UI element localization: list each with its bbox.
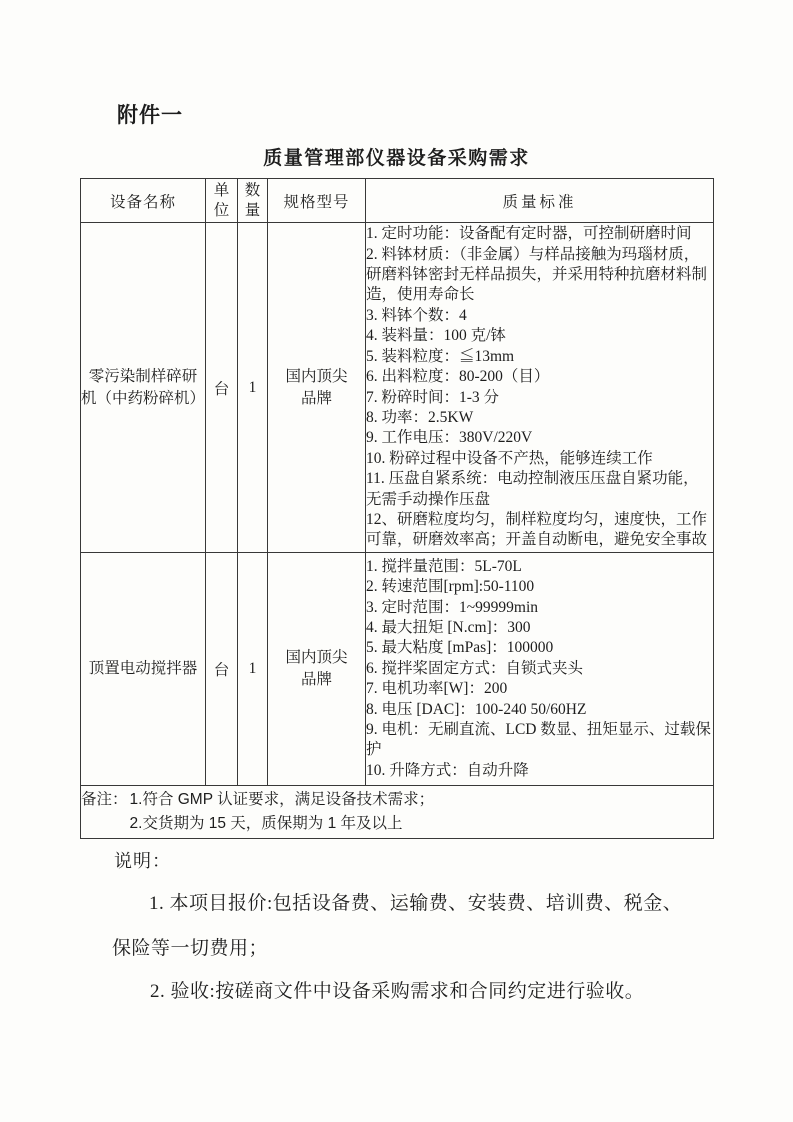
procurement-table: 设备名称 单位 数量 规格型号 质量标准 零污染制样碎研 机（中药粉碎机） 台 … [80,178,714,839]
page-title: 质量管理部仪器设备采购需求 [0,143,793,170]
attachment-label: 附件一 [117,99,183,129]
remarks-line-1: 1.符合 GMP 认证要求，满足设备技术需求； [130,788,435,812]
device-name-stirrer: 顶置电动搅拌器 [81,553,206,786]
table-header-row: 设备名称 单位 数量 规格型号 质量标准 [81,179,714,223]
notes-item1-line2: 保险等一切费用； [112,933,268,960]
notes-heading: 说明： [114,847,171,873]
unit-stirrer: 台 [206,553,238,786]
remarks-lines: 1.符合 GMP 认证要求，满足设备技术需求； 2.交货期为 15 天，质保期为… [130,788,435,836]
notes-item1-line1: 1. 本项目报价:包括设备费、运输费、安装费、培训费、税金、 [149,888,682,915]
header-unit: 单位 [206,179,238,223]
remarks-label: 备注： [81,788,128,812]
spec-grinder: 国内顶尖 品牌 [268,223,366,553]
notes-item2: 2. 验收:按磋商文件中设备采购需求和合同约定进行验收。 [150,976,644,1003]
spec-stirrer: 国内顶尖 品牌 [268,553,366,786]
standards-stirrer: 1. 搅拌量范围：5L-70L 2. 转速范围[rpm]:50-1100 3. … [366,553,714,786]
header-spec-model: 规格型号 [268,179,366,223]
table-remarks-row: 备注： 1.符合 GMP 认证要求，满足设备技术需求； 2.交货期为 15 天，… [81,786,714,839]
header-unit-label: 单位 [214,181,230,221]
table-row-stirrer: 顶置电动搅拌器 台 1 国内顶尖 品牌 1. 搅拌量范围：5L-70L 2. 转… [81,553,714,786]
header-quantity: 数量 [238,179,268,223]
header-quantity-label: 数量 [245,181,261,221]
quantity-stirrer: 1 [238,553,268,786]
remarks-line-2: 2.交货期为 15 天，质保期为 1 年及以上 [130,812,435,836]
standards-grinder: 1. 定时功能：设备配有定时器，可控制研磨时间 2. 料钵材质：（非金属）与样品… [366,223,714,553]
quantity-grinder: 1 [238,223,268,553]
device-name-grinder: 零污染制样碎研 机（中药粉碎机） [81,223,206,553]
unit-grinder: 台 [206,223,238,553]
header-device-name: 设备名称 [81,179,206,223]
document-page: 附件一 质量管理部仪器设备采购需求 设备名称 单位 数量 规格型号 质量标准 零… [0,0,793,1122]
header-quality-standard: 质量标准 [366,179,714,223]
remarks-cell: 备注： 1.符合 GMP 认证要求，满足设备技术需求； 2.交货期为 15 天，… [81,786,714,839]
table-row-grinder: 零污染制样碎研 机（中药粉碎机） 台 1 国内顶尖 品牌 1. 定时功能：设备配… [81,223,714,553]
